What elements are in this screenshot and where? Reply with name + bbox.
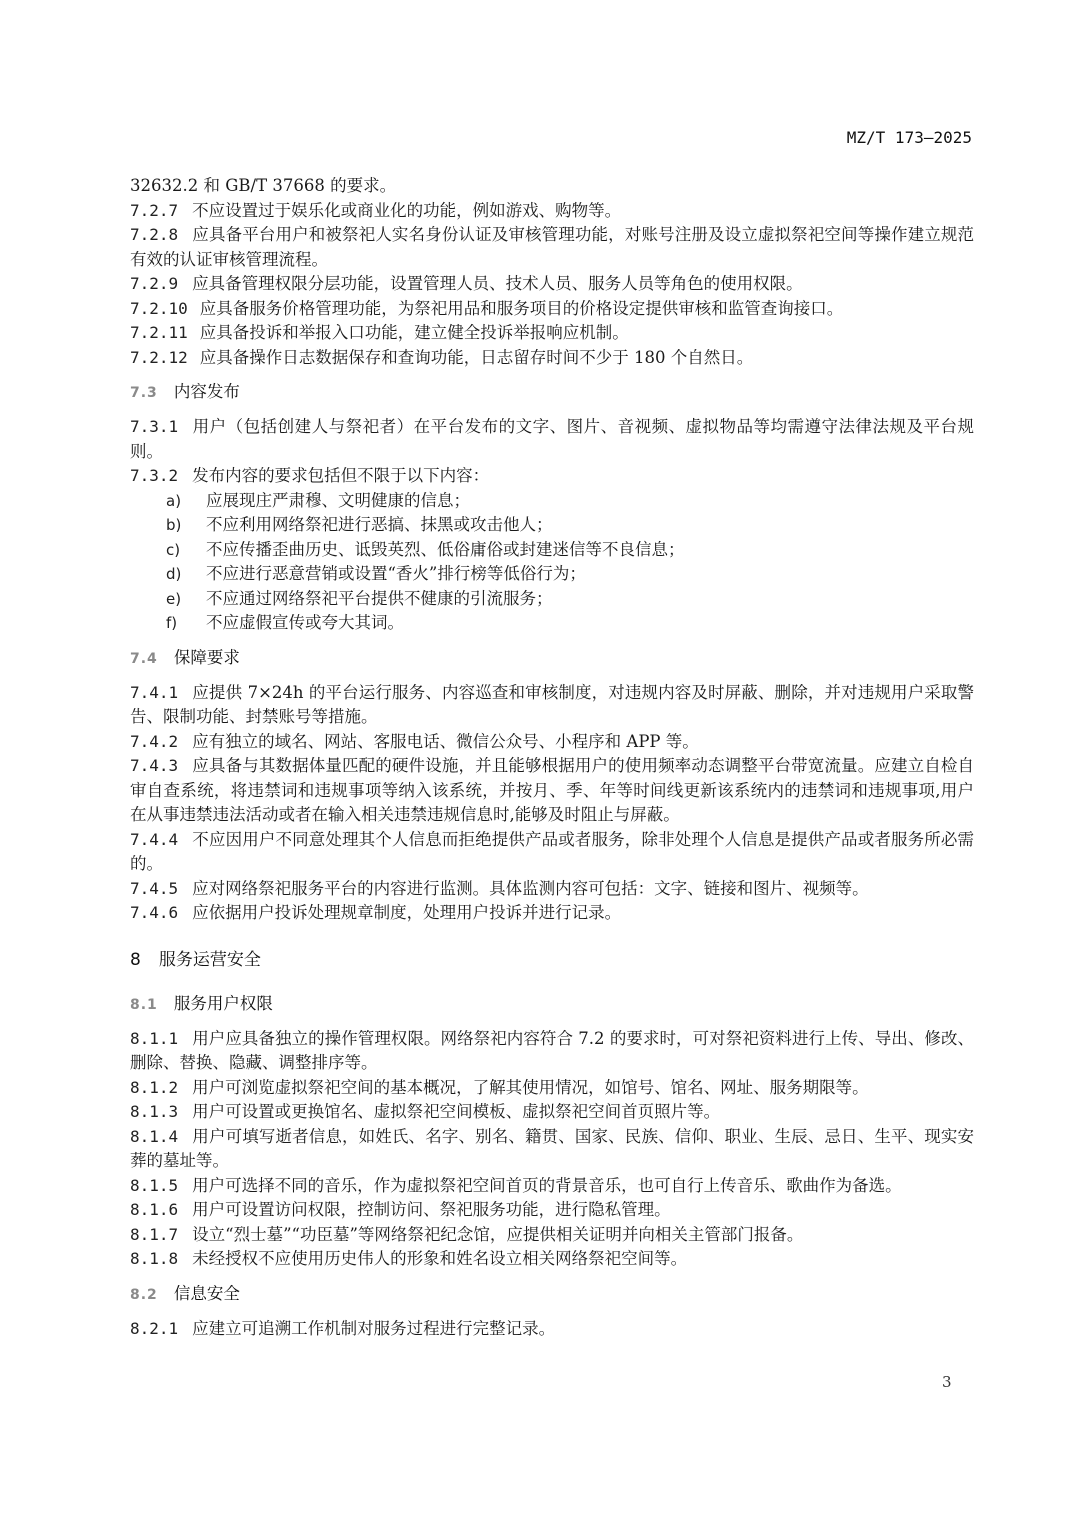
clause-8-1-2: 8.1.2用户可浏览虚拟祭祀空间的基本概况，了解其使用情况，如馆号、馆名、网址、… [130,1076,974,1101]
section-heading-8-2: 8.2信息安全 [130,1282,974,1307]
document-page: MZ/T 173—2025 32632.2 和 GB/T 37668 的要求。 … [0,0,1074,1520]
clause-7-2-9: 7.2.9应具备管理权限分层功能，设置管理人员、技术人员、服务人员等角色的使用权… [130,272,974,297]
clause-7-2-10: 7.2.10应具备服务价格管理功能，为祭祀用品和服务项目的价格设定提供审核和监管… [130,297,974,322]
continuation-text: 32632.2 和 GB/T 37668 的要求。 [130,174,974,199]
clause-7-4-2: 7.4.2应有独立的域名、网站、客服电话、微信公众号、小程序和 APP 等。 [130,730,974,755]
section-heading-7-4: 7.4保障要求 [130,646,974,671]
page-number: 3 [942,1373,952,1391]
clause-8-2-1: 8.2.1应建立可追溯工作机制对服务过程进行完整记录。 [130,1317,974,1342]
section-heading-8-1: 8.1服务用户权限 [130,992,974,1017]
clause-7-4-1: 7.4.1应提供 7×24h 的平台运行服务、内容巡查和审核制度，对违规内容及时… [130,681,974,730]
clause-7-3-1: 7.3.1用户（包括创建人与祭祀者）在平台发布的文字、图片、音视频、虚拟物品等均… [130,415,974,464]
clause-8-1-4: 8.1.4用户可填写逝者信息，如姓氏、名字、别名、籍贯、国家、民族、信仰、职业、… [130,1125,974,1174]
list-item: e)不应通过网络祭祀平台提供不健康的引流服务； [130,587,974,612]
clause-8-1-6: 8.1.6用户可设置访问权限，控制访问、祭祀服务功能，进行隐私管理。 [130,1198,974,1223]
content-requirements-list: a)应展现庄严肃穆、文明健康的信息； b)不应利用网络祭祀进行恶搞、抹黑或攻击他… [130,489,974,636]
clause-7-2-11: 7.2.11应具备投诉和举报入口功能，建立健全投诉举报响应机制。 [130,321,974,346]
clause-7-2-7: 7.2.7不应设置过于娱乐化或商业化的功能，例如游戏、购物等。 [130,199,974,224]
section-heading-7-3: 7.3内容发布 [130,380,974,405]
clause-8-1-5: 8.1.5用户可选择不同的音乐，作为虚拟祭祀空间首页的背景音乐，也可自行上传音乐… [130,1174,974,1199]
clause-7-2-12: 7.2.12应具备操作日志数据保存和查询功能，日志留存时间不少于 180 个自然… [130,346,974,371]
clause-7-2-8: 7.2.8应具备平台用户和被祭祀人实名身份认证及审核管理功能，对账号注册及设立虚… [130,223,974,272]
document-body: 32632.2 和 GB/T 37668 的要求。 7.2.7不应设置过于娱乐化… [130,174,974,1341]
clause-7-4-5: 7.4.5应对网络祭祀服务平台的内容进行监测。具体监测内容可包括：文字、链接和图… [130,877,974,902]
list-item: c)不应传播歪曲历史、诋毁英烈、低俗庸俗或封建迷信等不良信息； [130,538,974,563]
list-item: f)不应虚假宣传或夸大其词。 [130,611,974,636]
clause-7-4-6: 7.4.6应依据用户投诉处理规章制度，处理用户投诉并进行记录。 [130,901,974,926]
clause-8-1-8: 8.1.8未经授权不应使用历史伟人的形象和姓名设立相关网络祭祀空间等。 [130,1247,974,1272]
clause-8-1-1: 8.1.1用户应具备独立的操作管理权限。网络祭祀内容符合 7.2 的要求时，可对… [130,1027,974,1076]
chapter-heading-8: 8服务运营安全 [130,948,974,972]
clause-8-1-7: 8.1.7设立“烈士墓”“功臣墓”等网络祭祀纪念馆，应提供相关证明并向相关主管部… [130,1223,974,1248]
clause-7-4-4: 7.4.4不应因用户不同意处理其个人信息而拒绝提供产品或者服务，除非处理个人信息… [130,828,974,877]
list-item: a)应展现庄严肃穆、文明健康的信息； [130,489,974,514]
clause-8-1-3: 8.1.3用户可设置或更换馆名、虚拟祭祀空间模板、虚拟祭祀空间首页照片等。 [130,1100,974,1125]
list-item: d)不应进行恶意营销或设置“香火”排行榜等低俗行为； [130,562,974,587]
list-item: b)不应利用网络祭祀进行恶搞、抹黑或攻击他人； [130,513,974,538]
standard-code-header: MZ/T 173—2025 [847,128,972,147]
clause-7-4-3: 7.4.3应具备与其数据体量匹配的硬件设施，并且能够根据用户的使用频率动态调整平… [130,754,974,828]
clause-7-3-2: 7.3.2发布内容的要求包括但不限于以下内容： [130,464,974,489]
